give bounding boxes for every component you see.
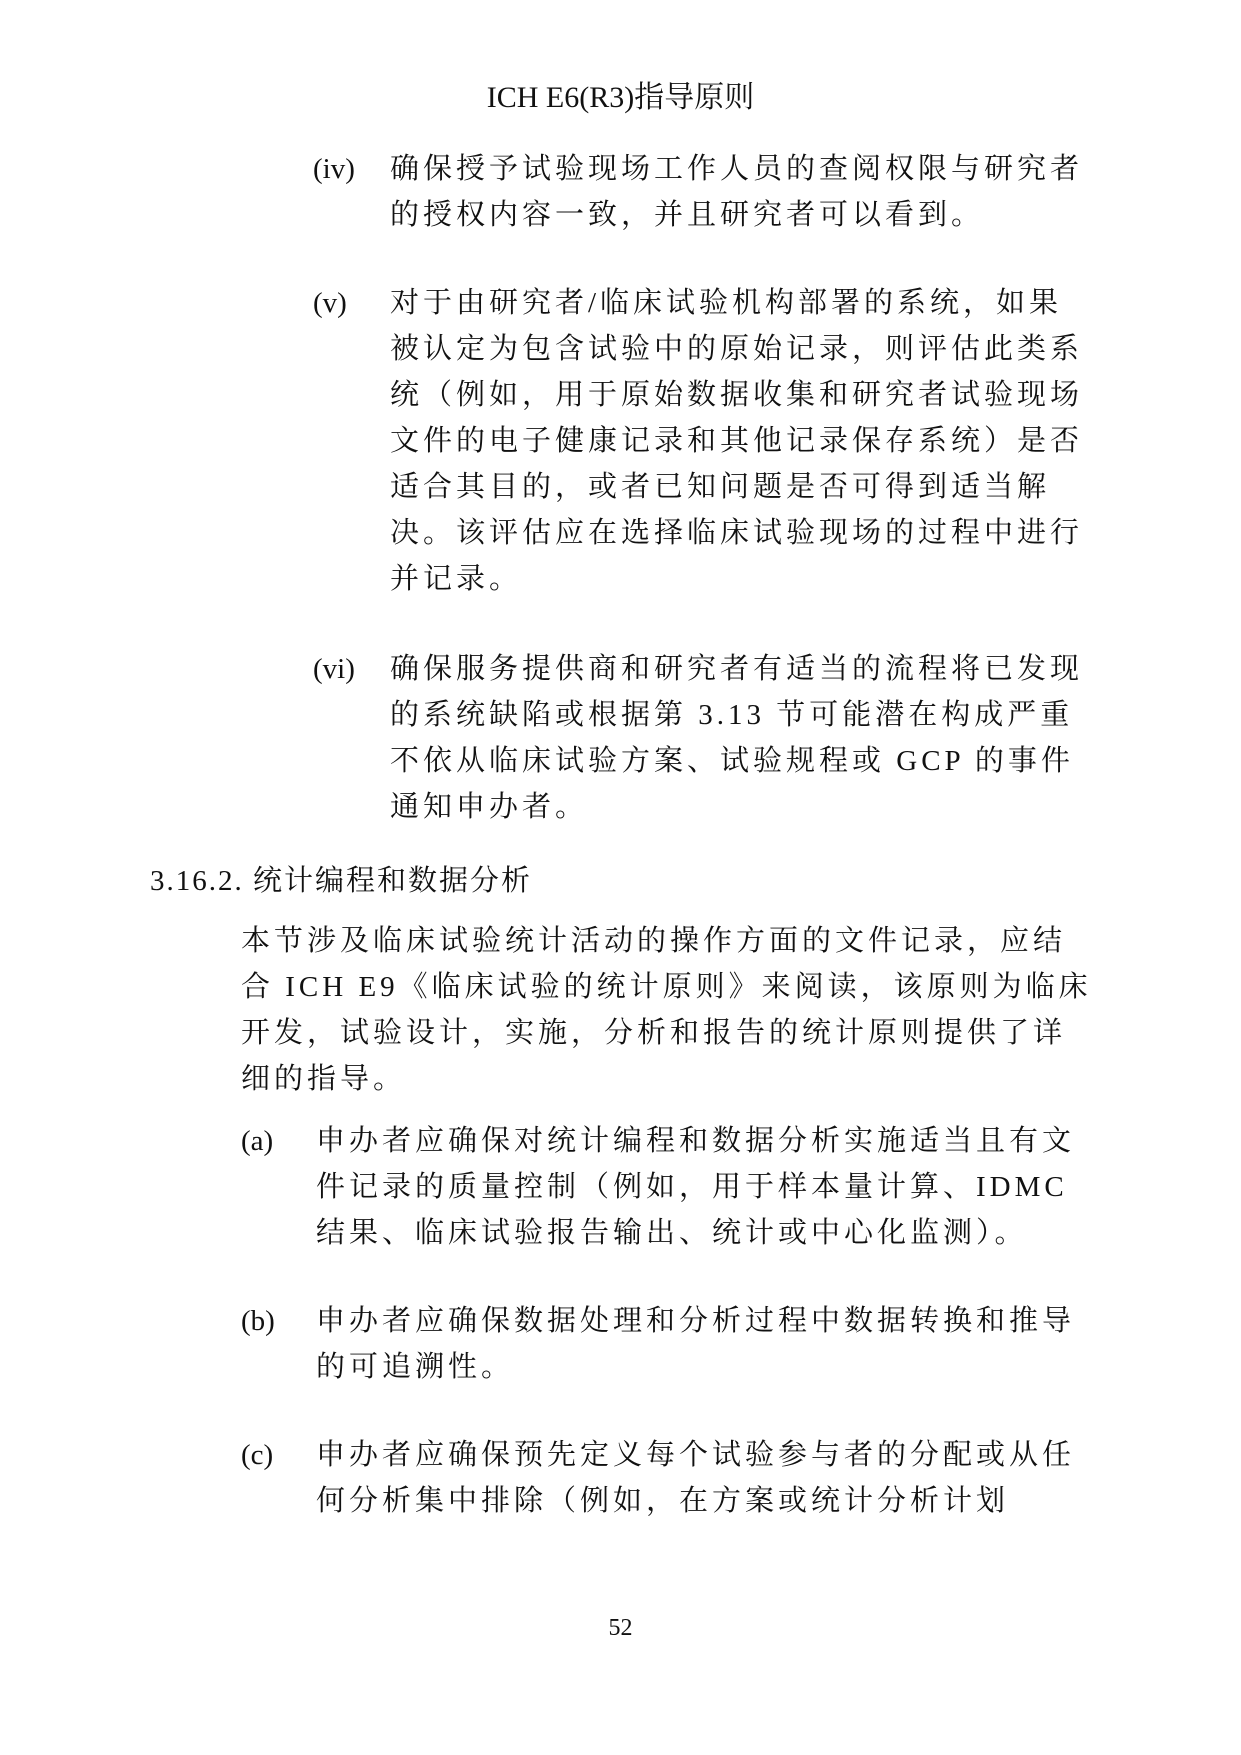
item-body: 申办者应确保数据处理和分析过程中数据转换和推导 的可追溯性。 — [316, 1298, 1075, 1390]
item-body: 对于由研究者/临床试验机构部署的系统，如果 被认定为包含试验中的原始记录，则评估… — [390, 280, 1083, 602]
item-body: 确保服务提供商和研究者有适当的流程将已发现 的系统缺陷或根据第 3.13 节可能… — [390, 646, 1083, 830]
item-label: (vi) — [313, 646, 355, 692]
item-line: 结果、临床试验报告输出、统计或中心化监测）。 — [316, 1210, 1075, 1256]
item-label: (a) — [241, 1118, 273, 1164]
item-body: 申办者应确保对统计编程和数据分析实施适当且有文 件记录的质量控制（例如，用于样本… — [316, 1118, 1075, 1256]
item-line: 申办者应确保预先定义每个试验参与者的分配或从任 — [316, 1432, 1075, 1478]
item-line: 通知申办者。 — [390, 784, 1083, 830]
item-line: 确保服务提供商和研究者有适当的流程将已发现 — [390, 646, 1083, 692]
item-line: 的可追溯性。 — [316, 1344, 1075, 1390]
paragraph-line: 合 ICH E9《临床试验的统计原则》来阅读，该原则为临床 — [241, 964, 1092, 1010]
list-item-v: (v) 对于由研究者/临床试验机构部署的系统，如果 被认定为包含试验中的原始记录… — [313, 280, 1113, 610]
list-item-c: (c) 申办者应确保预先定义每个试验参与者的分配或从任 何分析集中排除（例如，在… — [241, 1432, 1141, 1527]
list-item-a: (a) 申办者应确保对统计编程和数据分析实施适当且有文 件记录的质量控制（例如，… — [241, 1118, 1141, 1258]
item-line: 被认定为包含试验中的原始记录，则评估此类系 — [390, 326, 1083, 372]
paragraph-line: 细的指导。 — [241, 1056, 1092, 1102]
page-number: 52 — [0, 1613, 1241, 1643]
item-line: 对于由研究者/临床试验机构部署的系统，如果 — [390, 280, 1083, 326]
item-line: 何分析集中排除（例如，在方案或统计分析计划 — [316, 1478, 1075, 1524]
item-line: 确保授予试验现场工作人员的查阅权限与研究者 — [390, 146, 1083, 192]
item-label: (b) — [241, 1298, 275, 1344]
item-line: 的授权内容一致，并且研究者可以看到。 — [390, 192, 1083, 238]
item-line: 申办者应确保数据处理和分析过程中数据转换和推导 — [316, 1298, 1075, 1344]
list-item-vi: (vi) 确保服务提供商和研究者有适当的流程将已发现 的系统缺陷或根据第 3.1… — [313, 646, 1113, 836]
item-line: 文件的电子健康记录和其他记录保存系统）是否 — [390, 418, 1083, 464]
list-item-iv: (iv) 确保授予试验现场工作人员的查阅权限与研究者 的授权内容一致，并且研究者… — [313, 146, 1113, 246]
item-line: 适合其目的，或者已知问题是否可得到适当解 — [390, 464, 1083, 510]
item-label: (v) — [313, 280, 347, 326]
item-label: (c) — [241, 1432, 273, 1478]
paragraph-line: 开发，试验设计，实施，分析和报告的统计原则提供了详 — [241, 1010, 1092, 1056]
item-body: 申办者应确保预先定义每个试验参与者的分配或从任 何分析集中排除（例如，在方案或统… — [316, 1432, 1075, 1524]
item-line: 不依从临床试验方案、试验规程或 GCP 的事件 — [390, 738, 1083, 784]
item-label: (iv) — [313, 146, 355, 192]
page-header-title: ICH E6(R3)指导原则 — [0, 78, 1241, 118]
item-body: 确保授予试验现场工作人员的查阅权限与研究者 的授权内容一致，并且研究者可以看到。 — [390, 146, 1083, 238]
item-line: 决。该评估应在选择临床试验现场的过程中进行 — [390, 510, 1083, 556]
list-item-b: (b) 申办者应确保数据处理和分析过程中数据转换和推导 的可追溯性。 — [241, 1298, 1141, 1393]
item-line: 统（例如，用于原始数据收集和研究者试验现场 — [390, 372, 1083, 418]
section-intro-paragraph: 本节涉及临床试验统计活动的操作方面的文件记录，应结 合 ICH E9《临床试验的… — [241, 918, 1092, 1102]
section-heading: 3.16.2. 统计编程和数据分析 — [150, 858, 532, 904]
item-line: 并记录。 — [390, 556, 1083, 602]
paragraph-line: 本节涉及临床试验统计活动的操作方面的文件记录，应结 — [241, 918, 1092, 964]
item-line: 申办者应确保对统计编程和数据分析实施适当且有文 — [316, 1118, 1075, 1164]
item-line: 件记录的质量控制（例如，用于样本量计算、IDMC — [316, 1164, 1075, 1210]
item-line: 的系统缺陷或根据第 3.13 节可能潜在构成严重 — [390, 692, 1083, 738]
